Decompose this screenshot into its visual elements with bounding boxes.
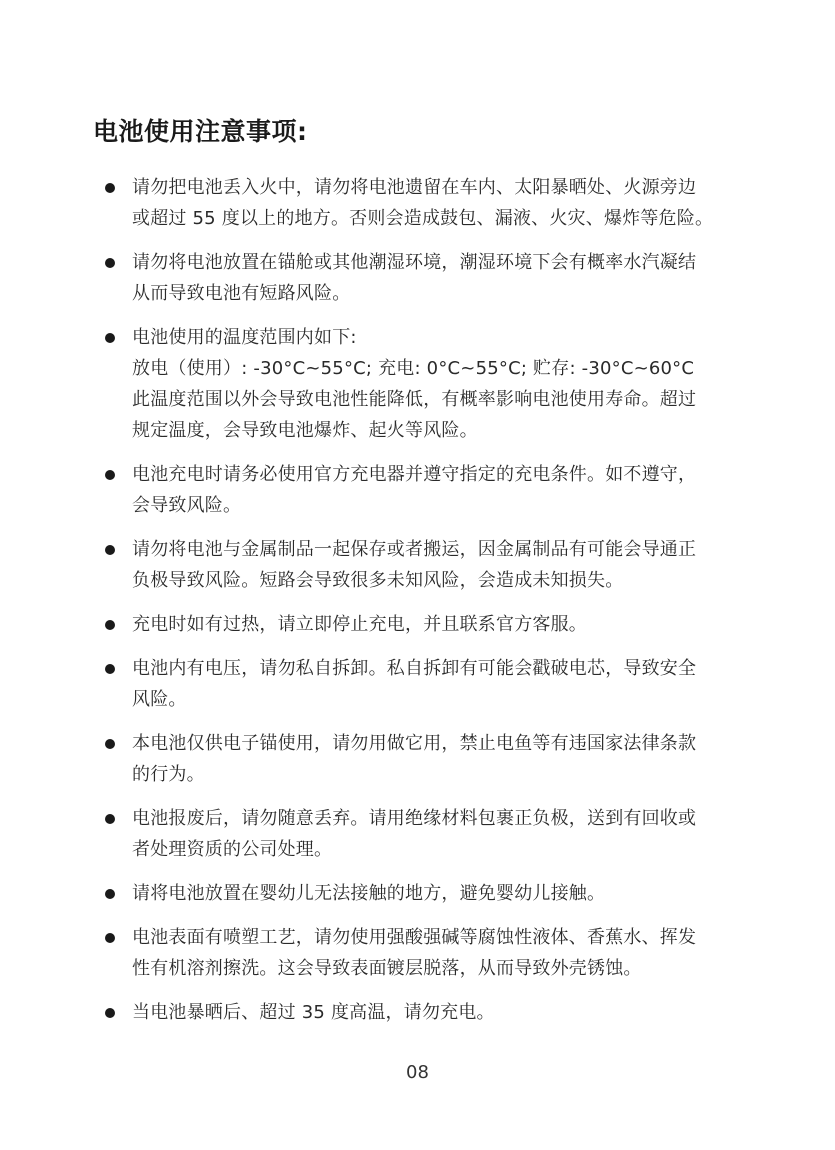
bullet-icon <box>105 333 115 343</box>
bullet-icon <box>105 889 115 899</box>
list-item: 电池表面有喷塑工艺，请勿使用强酸强碱等腐蚀性液体、香蕉水、挥发 性有机溶剂擦洗。… <box>103 922 753 984</box>
item-text-line: 当电池暴晒后、超过 35 度高温，请勿充电。 <box>132 997 753 1028</box>
item-text-line: 请将电池放置在婴幼儿无法接触的地方，避免婴幼儿接触。 <box>132 878 753 909</box>
bullet-icon <box>105 258 115 268</box>
list-item: 电池使用的温度范围内如下: 放电（使用）: -30°C~55°C; 充电: 0°… <box>103 322 753 446</box>
item-text-line: 电池表面有喷塑工艺，请勿使用强酸强碱等腐蚀性液体、香蕉水、挥发 <box>132 922 753 953</box>
item-text-line: 电池使用的温度范围内如下: <box>132 322 753 353</box>
item-text-line: 此温度范围以外会导致电池性能降低，有概率影响电池使用寿命。超过 <box>132 384 753 415</box>
bullet-icon <box>105 545 115 555</box>
item-text-line: 性有机溶剂擦洗。这会导致表面镀层脱落，从而导致外壳锈蚀。 <box>132 953 753 984</box>
document-page: 电池使用注意事项: 请勿把电池丢入火中，请勿将电池遗留在车内、太阳暴晒处、火源旁… <box>0 0 835 1150</box>
page-number: 08 <box>0 1060 835 1086</box>
item-text-line: 充电时如有过热，请立即停止充电，并且联系官方客服。 <box>132 609 753 640</box>
bullet-icon <box>105 739 115 749</box>
bullet-icon <box>105 183 115 193</box>
page-title: 电池使用注意事项: <box>93 114 308 150</box>
list-item: 电池报废后，请勿随意丢弃。请用绝缘材料包裹正负极，送到有回收或 者处理资质的公司… <box>103 803 753 865</box>
item-text-line: 请勿将电池放置在锚舱或其他潮湿环境，潮湿环境下会有概率水汽凝结 <box>132 247 753 278</box>
list-item: 请勿将电池与金属制品一起保存或者搬运，因金属制品有可能会导通正 负极导致风险。短… <box>103 534 753 596</box>
bullet-icon <box>105 664 115 674</box>
item-text-line: 会导致风险。 <box>132 490 753 521</box>
item-text-line: 规定温度，会导致电池爆炸、起火等风险。 <box>132 415 753 446</box>
list-item: 充电时如有过热，请立即停止充电，并且联系官方客服。 <box>103 609 753 640</box>
temperature-range-line: 放电（使用）: -30°C~55°C; 充电: 0°C~55°C; 贮存: -3… <box>132 353 753 384</box>
bullet-icon <box>105 620 115 630</box>
item-text-line: 电池充电时请务必使用官方充电器并遵守指定的充电条件。如不遵守， <box>132 459 753 490</box>
bullet-icon <box>105 1008 115 1018</box>
item-text-line: 风险。 <box>132 684 753 715</box>
item-text-line: 从而导致电池有短路风险。 <box>132 278 753 309</box>
list-item: 当电池暴晒后、超过 35 度高温，请勿充电。 <box>103 997 753 1028</box>
item-text-line: 者处理资质的公司处理。 <box>132 834 753 865</box>
bullet-icon <box>105 933 115 943</box>
list-item: 请勿将电池放置在锚舱或其他潮湿环境，潮湿环境下会有概率水汽凝结 从而导致电池有短… <box>103 247 753 309</box>
bullet-icon <box>105 814 115 824</box>
item-text-line: 或超过 55 度以上的地方。否则会造成鼓包、漏液、火灾、爆炸等危险。 <box>132 203 753 234</box>
list-item: 电池充电时请务必使用官方充电器并遵守指定的充电条件。如不遵守， 会导致风险。 <box>103 459 753 521</box>
list-item: 请将电池放置在婴幼儿无法接触的地方，避免婴幼儿接触。 <box>103 878 753 909</box>
bullet-icon <box>105 470 115 480</box>
item-text-line: 的行为。 <box>132 759 753 790</box>
list-item: 电池内有电压，请勿私自拆卸。私自拆卸有可能会戳破电芯，导致安全 风险。 <box>103 653 753 715</box>
precautions-list: 请勿把电池丢入火中，请勿将电池遗留在车内、太阳暴晒处、火源旁边 或超过 55 度… <box>103 172 753 1041</box>
item-text-line: 请勿把电池丢入火中，请勿将电池遗留在车内、太阳暴晒处、火源旁边 <box>132 172 753 203</box>
item-text-line: 电池内有电压，请勿私自拆卸。私自拆卸有可能会戳破电芯，导致安全 <box>132 653 753 684</box>
item-text-line: 电池报废后，请勿随意丢弃。请用绝缘材料包裹正负极，送到有回收或 <box>132 803 753 834</box>
list-item: 本电池仅供电子锚使用，请勿用做它用，禁止电鱼等有违国家法律条款 的行为。 <box>103 728 753 790</box>
item-text-line: 负极导致风险。短路会导致很多未知风险，会造成未知损失。 <box>132 565 753 596</box>
list-item: 请勿把电池丢入火中，请勿将电池遗留在车内、太阳暴晒处、火源旁边 或超过 55 度… <box>103 172 753 234</box>
item-text-line: 请勿将电池与金属制品一起保存或者搬运，因金属制品有可能会导通正 <box>132 534 753 565</box>
item-text-line: 本电池仅供电子锚使用，请勿用做它用，禁止电鱼等有违国家法律条款 <box>132 728 753 759</box>
